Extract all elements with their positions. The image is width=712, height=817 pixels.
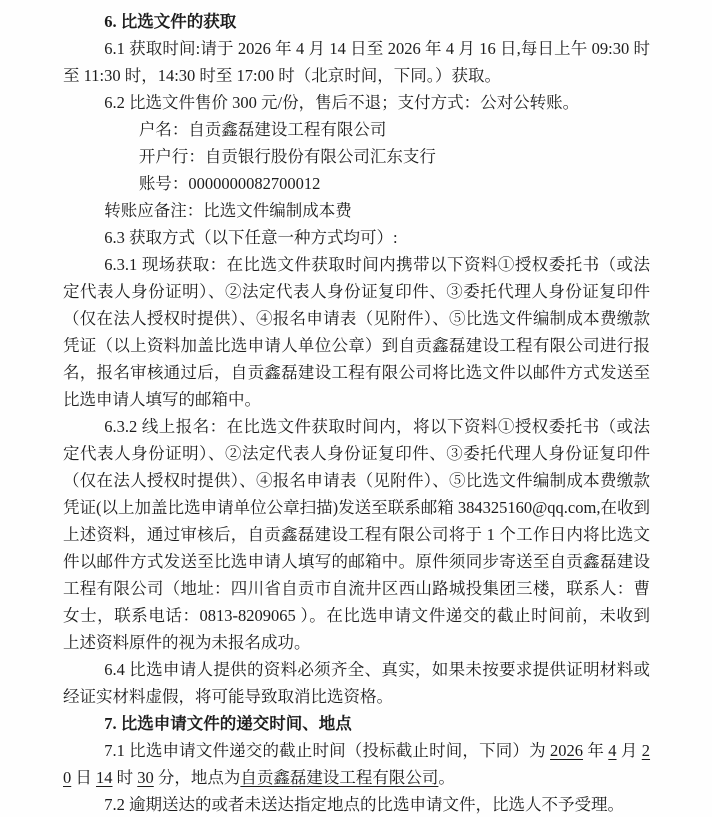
submission-place: 自贡鑫磊建设工程有限公司 (240, 768, 438, 787)
deadline-month: 4 (608, 741, 616, 760)
para-7-1-deadline: 7.1 比选申请文件递交的截止时间（投标截止时间，下同）为 2026 年 4 月… (63, 737, 650, 791)
p71-text-place-label: 分，地点为 (154, 768, 241, 787)
deadline-minute: 30 (137, 768, 154, 787)
section-6-heading: 6. 比选文件的获取 (63, 8, 650, 35)
transfer-note-line: 转账应备注：比选文件编制成本费 (63, 197, 650, 224)
p71-text-suffix: 。 (438, 768, 455, 787)
account-name-line: 户名：自贡鑫磊建设工程有限公司 (139, 116, 650, 143)
bank-branch-line: 开户行：自贡银行股份有限公司汇东支行 (139, 143, 650, 170)
section-7-heading: 7. 比选申请文件的递交时间、地点 (63, 710, 650, 737)
p71-text-day-unit: 日 (71, 768, 96, 787)
account-number-line: 账号：0000000082700012 (139, 170, 650, 197)
para-6-3-methods: 6.3 获取方式（以下任意一种方式均可）: (63, 224, 650, 251)
document-page: 6. 比选文件的获取 6.1 获取时间:请于 2026 年 4 月 14 日至 … (0, 0, 712, 817)
deadline-year: 2026 (550, 741, 583, 760)
para-6-3-1-onsite: 6.3.1 现场获取：在比选文件获取时间内携带以下资料①授权委托书（或法定代表人… (63, 251, 650, 413)
p71-text-month-unit: 月 (617, 741, 642, 760)
deadline-hour: 14 (96, 768, 113, 787)
para-6-4-materials: 6.4 比选申请人提供的资料必须齐全、真实，如果未按要求提供证明材料或经证实材料… (63, 656, 650, 710)
para-7-2-late-delivery: 7.2 逾期送达的或者未送达指定地点的比选申请文件，比选人不予受理。 (63, 791, 650, 817)
p71-text-hour-unit: 时 (113, 768, 138, 787)
para-6-1-obtain-time: 6.1 获取时间:请于 2026 年 4 月 14 日至 2026 年 4 月 … (63, 35, 650, 89)
para-6-2-price: 6.2 比选文件售价 300 元/份，售后不退；支付方式：公对公转账。 (63, 89, 650, 116)
para-6-3-2-online: 6.3.2 线上报名：在比选文件获取时间内，将以下资料①授权委托书（或法定代表人… (63, 413, 650, 656)
p71-text-year-unit: 年 (583, 741, 608, 760)
p71-text-prefix: 7.1 比选申请文件递交的截止时间（投标截止时间，下同）为 (104, 741, 550, 760)
